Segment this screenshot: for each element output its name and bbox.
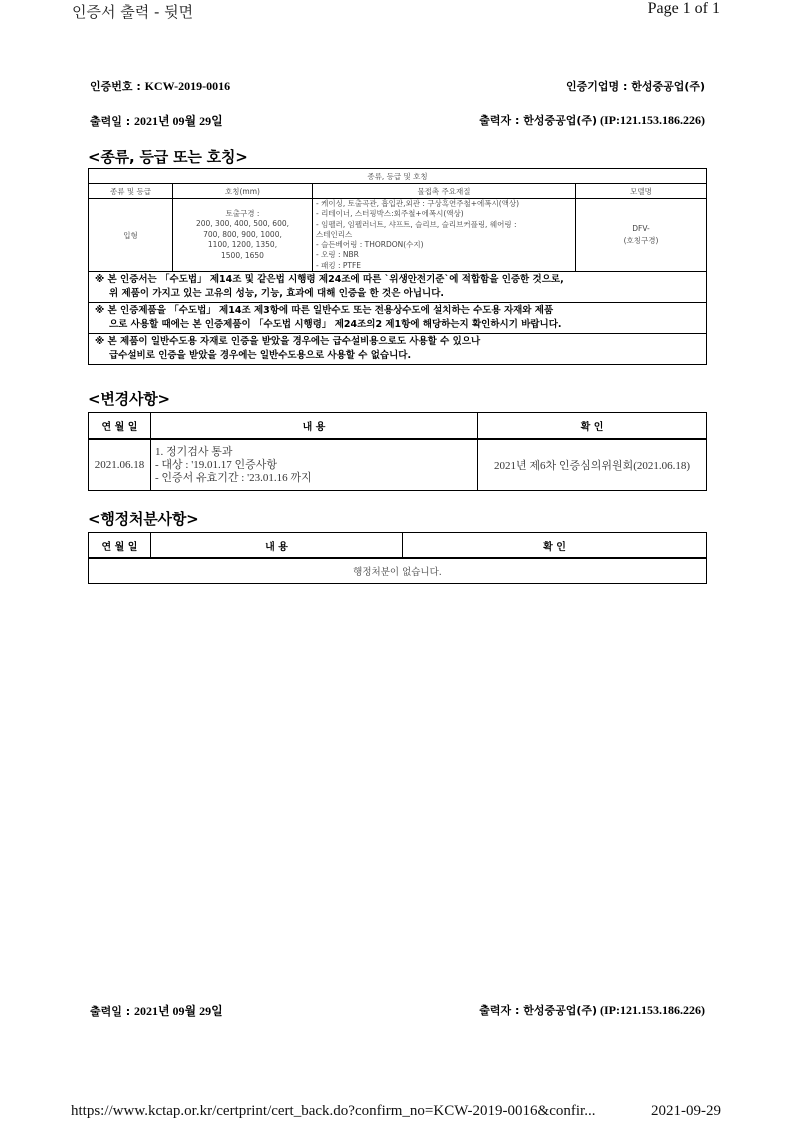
printed-by-value: 한성중공업(주)	[523, 114, 597, 127]
printed-by-ip: (IP:121.153.186.226)	[597, 1003, 705, 1017]
size-line: 200, 300, 400, 500, 600,	[173, 219, 312, 230]
material-line: 스테인리스	[316, 230, 575, 240]
change-content: 1. 정기검사 통과 - 대상 : '19.01.17 인증사항 - 인증서 유…	[151, 439, 478, 491]
note-line: ※ 본 제품이 일반수도용 자재로 인증을 받았을 경우에는 급수설비용으로도 …	[95, 336, 480, 347]
print-footer-url: https://www.kctap.or.kr/certprint/cert_b…	[71, 1103, 595, 1120]
printed-by-ip: (IP:121.153.186.226)	[597, 113, 705, 127]
content-line: 1. 정기검사 통과	[155, 446, 477, 459]
note-3: ※ 본 제품이 일반수도용 자재로 인증을 받았을 경우에는 급수설비용으로도 …	[89, 334, 707, 365]
cert-number: 인증번호 : KCW-2019-0016	[90, 78, 230, 94]
change-history-table: 연 월 일 내 용 확 인 2021.06.18 1. 정기검사 통과 - 대상…	[88, 412, 707, 491]
header-confirm: 확 인	[403, 533, 707, 559]
material-line: - 리테이너, 스터핑박스:회주철+에폭시(액상)	[316, 209, 575, 219]
cert-number-value: KCW-2019-0016	[145, 79, 231, 93]
print-header-title: 인증서 출력 - 뒷면	[72, 1, 193, 22]
company-name: 인증기업명 : 한성중공업(주)	[566, 78, 705, 94]
material-line: - 패킹 : PTFE	[316, 261, 575, 271]
header-content: 내 용	[151, 413, 478, 440]
header-materials: 물접촉 주요재질	[313, 184, 576, 199]
materials-value: - 케이싱, 토출곡관, 흡입관,외관 : 구상흑연주철+에폭시(액상) - 리…	[313, 199, 576, 272]
print-page-number: Page 1 of 1	[648, 0, 720, 18]
size-line: 1500, 1650	[173, 251, 312, 262]
note-1: ※ 본 인증서는 「수도법」 제14조 및 같은법 시행령 제24조에 따른 `…	[89, 272, 707, 303]
content-line: - 인증서 유효기간 : '23.01.16 까지	[155, 472, 477, 485]
header-model: 모델명	[576, 184, 707, 199]
size-line: 700, 800, 900, 1000,	[173, 230, 312, 241]
material-line: - 임펠러, 임펠러너트, 샤프트, 슬리브, 슬리브커플링, 웨어링 :	[316, 220, 575, 230]
header-date: 연 월 일	[89, 413, 151, 440]
note-2: ※ 본 인증제품을 「수도법」 제14조 제3항에 따른 일반수도 또는 전용상…	[89, 303, 707, 334]
material-line: - 오링 : NBR	[316, 250, 575, 260]
change-date: 2021.06.18	[89, 439, 151, 491]
print-date: 출력일 : 2021년 09월 29일	[90, 112, 223, 129]
type-value: 입형	[89, 199, 173, 272]
table-row: 2021.06.18 1. 정기검사 통과 - 대상 : '19.01.17 인…	[89, 439, 707, 491]
printed-by-value: 한성중공업(주)	[523, 1004, 597, 1017]
header-confirm: 확 인	[478, 413, 707, 440]
note-line: 으로 사용할 때에는 본 인증제품이 「수도법 시행령」 제24조의2 제1항에…	[95, 318, 700, 332]
admin-actions-table: 연 월 일 내 용 확 인 행정처분이 없습니다.	[88, 532, 707, 584]
header-content: 내 용	[151, 533, 403, 559]
printed-by: 출력자 : 한성중공업(주) (IP:121.153.186.226)	[479, 112, 705, 128]
printed-by-label: 출력자 :	[479, 114, 523, 127]
header-date: 연 월 일	[89, 533, 151, 559]
print-date-label: 출력일 :	[90, 1005, 134, 1018]
size-line: 1100, 1200, 1350,	[173, 240, 312, 251]
model-line: (호칭구경)	[576, 235, 706, 247]
printed-by-label: 출력자 :	[479, 1004, 523, 1017]
print-date-value: 2021년 09월 29일	[134, 114, 223, 128]
empty-message: 행정처분이 없습니다.	[89, 558, 707, 584]
admin-section-title: <행정처분사항>	[88, 508, 198, 529]
header-type: 종류 및 등급	[89, 184, 173, 199]
type-section-title: <종류, 등급 또는 호칭>	[88, 146, 248, 167]
model-value: DFV- (호칭구경)	[576, 199, 707, 272]
footer-print-date: 출력일 : 2021년 09월 29일	[90, 1002, 223, 1019]
table-caption: 종류, 등급 및 호칭	[89, 169, 707, 184]
size-value: 토출구경 : 200, 300, 400, 500, 600, 700, 800…	[173, 199, 313, 272]
change-confirm: 2021년 제6차 인증심의위원회(2021.06.18)	[478, 439, 707, 491]
material-line: - 슬든베어링 : THORDON(수지)	[316, 240, 575, 250]
header-size: 호칭(mm)	[173, 184, 313, 199]
note-line: ※ 본 인증제품을 「수도법」 제14조 제3항에 따른 일반수도 또는 전용상…	[95, 305, 553, 316]
print-date-label: 출력일 :	[90, 115, 134, 128]
print-date-value: 2021년 09월 29일	[134, 1004, 223, 1018]
footer-printed-by: 출력자 : 한성중공업(주) (IP:121.153.186.226)	[479, 1002, 705, 1018]
material-line: - 케이싱, 토출곡관, 흡입관,외관 : 구상흑연주철+에폭시(액상)	[316, 199, 575, 209]
content-line: - 대상 : '19.01.17 인증사항	[155, 459, 477, 472]
type-grade-table: 종류, 등급 및 호칭 종류 및 등급 호칭(mm) 물접촉 주요재질 모델명 …	[88, 168, 707, 365]
note-line: ※ 본 인증서는 「수도법」 제14조 및 같은법 시행령 제24조에 따른 `…	[95, 274, 564, 285]
change-section-title: <변경사항>	[88, 388, 170, 409]
cert-number-label: 인증번호 :	[90, 80, 145, 93]
company-value: 한성중공업(주)	[631, 80, 705, 93]
note-line: 위 제품이 가지고 있는 고유의 성능, 기능, 효과에 대해 인증을 한 것은…	[95, 287, 700, 301]
model-line: DFV-	[576, 223, 706, 235]
company-label: 인증기업명 :	[566, 80, 631, 93]
note-line: 급수설비로 인증을 받았을 경우에는 일반수도용으로 사용할 수 없습니다.	[95, 349, 700, 363]
print-footer-date: 2021-09-29	[651, 1103, 721, 1120]
size-line: 토출구경 :	[173, 209, 312, 220]
